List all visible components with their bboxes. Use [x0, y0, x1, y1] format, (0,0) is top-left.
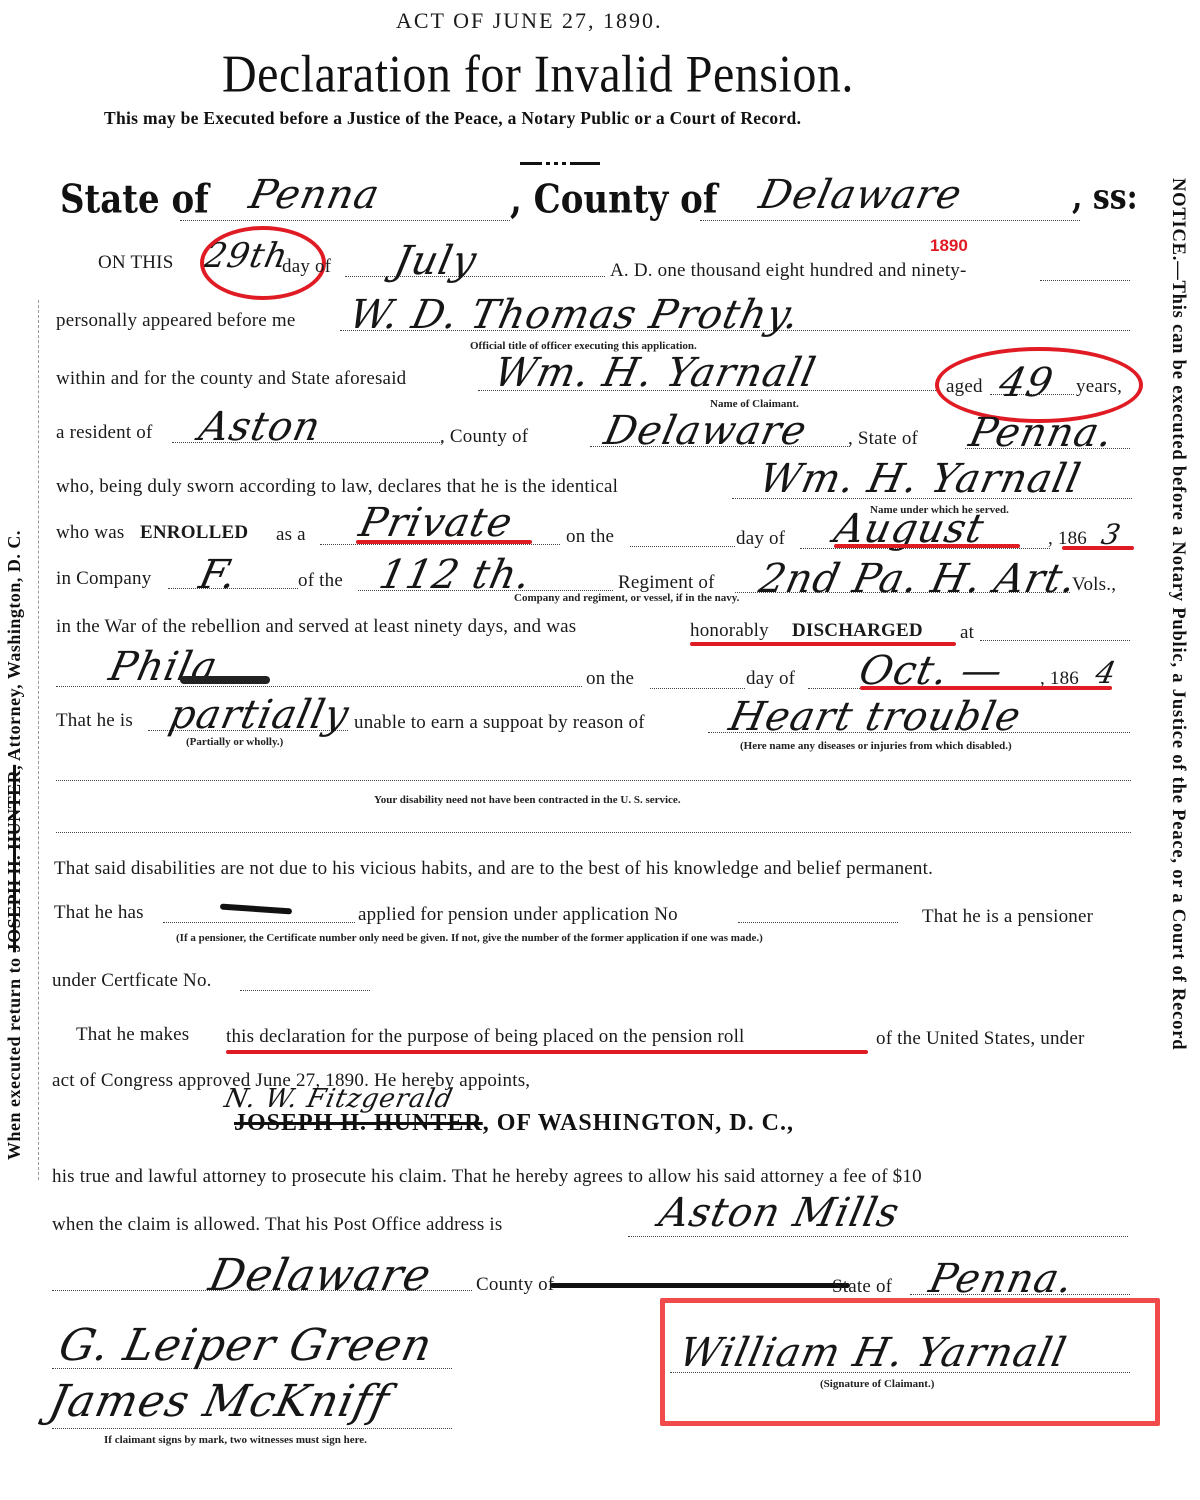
state-value: Penna — [245, 172, 384, 218]
witness1-signature: G. Leiper Green — [55, 1320, 438, 1371]
county-value: Delaware — [755, 172, 966, 218]
resident-county-value: Delaware — [600, 408, 811, 454]
appeared-before-label: personally appeared before me — [56, 310, 296, 332]
state-label: State of — [60, 177, 209, 223]
resident-state-value: Penna. — [965, 410, 1118, 456]
war-text: in the War of the rebellion and served a… — [56, 616, 576, 638]
town-value: Aston — [195, 404, 325, 450]
post-office-label: when the claim is allowed. That his Post… — [52, 1214, 502, 1236]
month-value: July — [390, 238, 481, 284]
has-value-dash — [220, 903, 292, 914]
witness2-signature: James McKniff — [45, 1376, 395, 1427]
red-underline-discharge-date — [860, 686, 1112, 690]
attorney-location: , OF WASHINGTON, D. C., — [483, 1110, 794, 1136]
page-subtitle: This may be Executed before a Justice of… — [104, 108, 801, 129]
red-underline-rank — [356, 540, 532, 544]
page-edge — [38, 300, 40, 1180]
identical-label: who, being duly sworn according to law, … — [56, 476, 618, 498]
county-scribble — [550, 1283, 850, 1288]
county-label: , County of — [510, 177, 717, 223]
attorney-struck: JOSEPH H. HUNTER — [234, 1110, 483, 1136]
red-underline-purpose — [226, 1050, 868, 1054]
reason-caption: (Here name any diseases or injuries from… — [740, 740, 1012, 752]
resident-label: a resident of — [56, 422, 153, 444]
attorney-fee-text: his true and lawful attorney to prosecut… — [52, 1166, 922, 1188]
disability-extent-value: partially — [165, 692, 353, 738]
red-underline-discharged — [690, 642, 956, 646]
served-name-value: Wm. H. Yarnall — [755, 456, 1085, 502]
on-this-label: ON THIS — [98, 252, 173, 274]
struck-attorney-name: JOSEPH H. HUNTER, — [4, 765, 24, 953]
discharged-label: DISCHARGED — [792, 620, 923, 642]
purpose-highlight: this declaration for the purpose of bein… — [226, 1026, 745, 1048]
red-underline-month — [834, 544, 1020, 548]
company-value: F. — [195, 552, 241, 598]
year-annotation: 1890 — [930, 236, 968, 256]
page-title: Declaration for Invalid Pension. — [222, 44, 854, 105]
extent-caption: (Partially or wholly.) — [186, 736, 283, 748]
left-margin-instruction: When executed return to JOSEPH H. HUNTER… — [4, 530, 25, 1160]
county-state-label: within and for the county and State afor… — [56, 368, 406, 390]
claimant-signature: William H. Yarnall — [675, 1330, 1071, 1376]
address-county-value: Delaware — [205, 1250, 436, 1301]
ornament-divider — [520, 160, 600, 166]
claimant-signature-caption: (Signature of Claimant.) — [820, 1378, 934, 1390]
vicious-habits-text: That said disabilities are not due to hi… — [54, 858, 933, 880]
unit-value: 2nd Pa. H. Art. — [755, 556, 1081, 602]
address-state-value: Penna. — [925, 1256, 1078, 1302]
ss-label: , ss: — [1072, 177, 1138, 217]
regiment-number-value: 112 th. — [375, 552, 535, 598]
act-heading: ACT OF JUNE 27, 1890. — [396, 8, 663, 34]
post-office-value: Aston Mills — [655, 1190, 904, 1236]
ad-text: A. D. one thousand eight hundred and nin… — [610, 260, 967, 282]
scribble-out — [180, 676, 270, 684]
unable-to-earn-text: unable to earn a suppoat by reason of — [354, 712, 645, 734]
disability-reason-value: Heart trouble — [725, 694, 1025, 740]
application-caption: (If a pensioner, the Certificate number … — [176, 932, 763, 944]
witness-caption: If claimant signs by mark, two witnesses… — [104, 1434, 367, 1446]
red-underline-year — [1062, 546, 1134, 550]
regiment-caption: Company and regiment, or vessel, if in t… — [514, 592, 739, 604]
certificate-label: under Certficate No. — [52, 970, 212, 992]
applied-text: applied for pension under application No — [358, 904, 678, 926]
claimant-name-value: Wm. H. Yarnall — [490, 350, 820, 396]
officer-value: W. D. Thomas Prothy. — [345, 292, 804, 338]
disability-note: Your disability need not have been contr… — [374, 794, 681, 806]
enrolled-label: ENROLLED — [140, 522, 248, 544]
right-margin-notice: NOTICE.—This can be executed before a No… — [1167, 178, 1188, 1050]
